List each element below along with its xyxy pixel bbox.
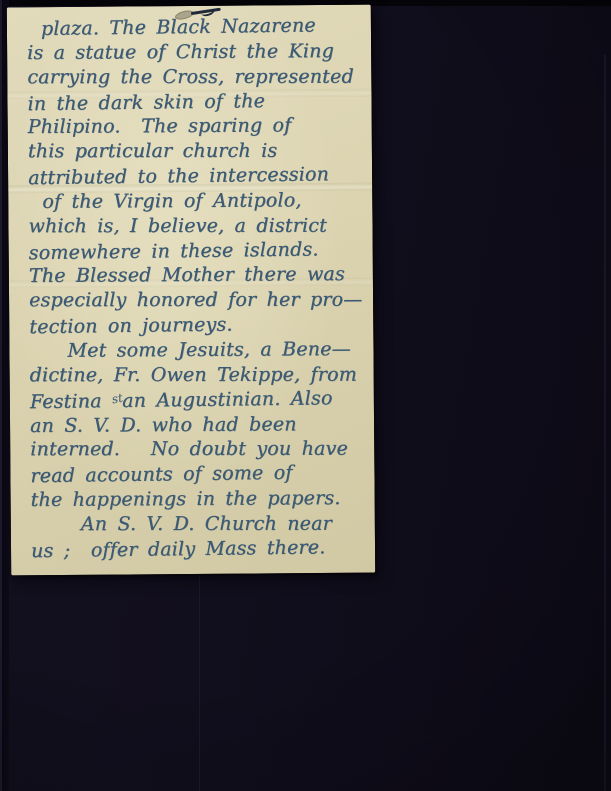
handwriting-line: The Blessed Mother there was [29, 263, 373, 290]
handwriting-line: An S. V. D. Church near [31, 512, 375, 537]
handwriting-line: the happenings in the papers. [31, 487, 375, 514]
handwriting-line: carrying the Cross, represented [27, 65, 371, 90]
handwriting-line: especially honored for her pro— [29, 289, 373, 314]
handwriting-line: Philipino. The sparing of [28, 114, 372, 141]
handwriting-line: is a statue of Christ the King [27, 40, 371, 67]
background-right-edge-line [604, 55, 606, 791]
handwriting-line: Met some Jesuits, a Bene— [29, 338, 373, 365]
handwriting-line: Festina an Augustinian. Also [30, 386, 374, 415]
handwriting-line: of the Virgin of Antipolo, [28, 189, 372, 216]
handwriting-line: this particular church is [28, 140, 372, 165]
handwriting-line: interned. No doubt you have [30, 438, 374, 463]
background-page-seam [198, 572, 201, 791]
handwriting-line: which is, I believe, a district [28, 214, 372, 239]
handwriting-line: in the dark skin of the [27, 88, 371, 117]
superscript-insertion: st [111, 391, 124, 407]
handwriting-line: plaza. The Black Nazarene [27, 14, 371, 43]
handwriting-line: tection on journeys. [29, 312, 373, 341]
handwriting-line: attributed to the intercession [28, 163, 372, 192]
handwriting-line: read accounts of some of [30, 461, 374, 490]
handwriting-line: dictine, Fr. Owen Tekippe, from [30, 363, 374, 388]
handwriting-block: plaza. The Black Nazarene is a statue of… [7, 5, 375, 576]
letter-page: plaza. The Black Nazarene is a statue of… [7, 5, 375, 576]
handwriting-line: an S. V. D. who had been [30, 412, 374, 439]
handwriting-line: us ; offer daily Mass there. [31, 535, 375, 564]
scanned-letter-photo: plaza. The Black Nazarene is a statue of… [0, 0, 611, 791]
